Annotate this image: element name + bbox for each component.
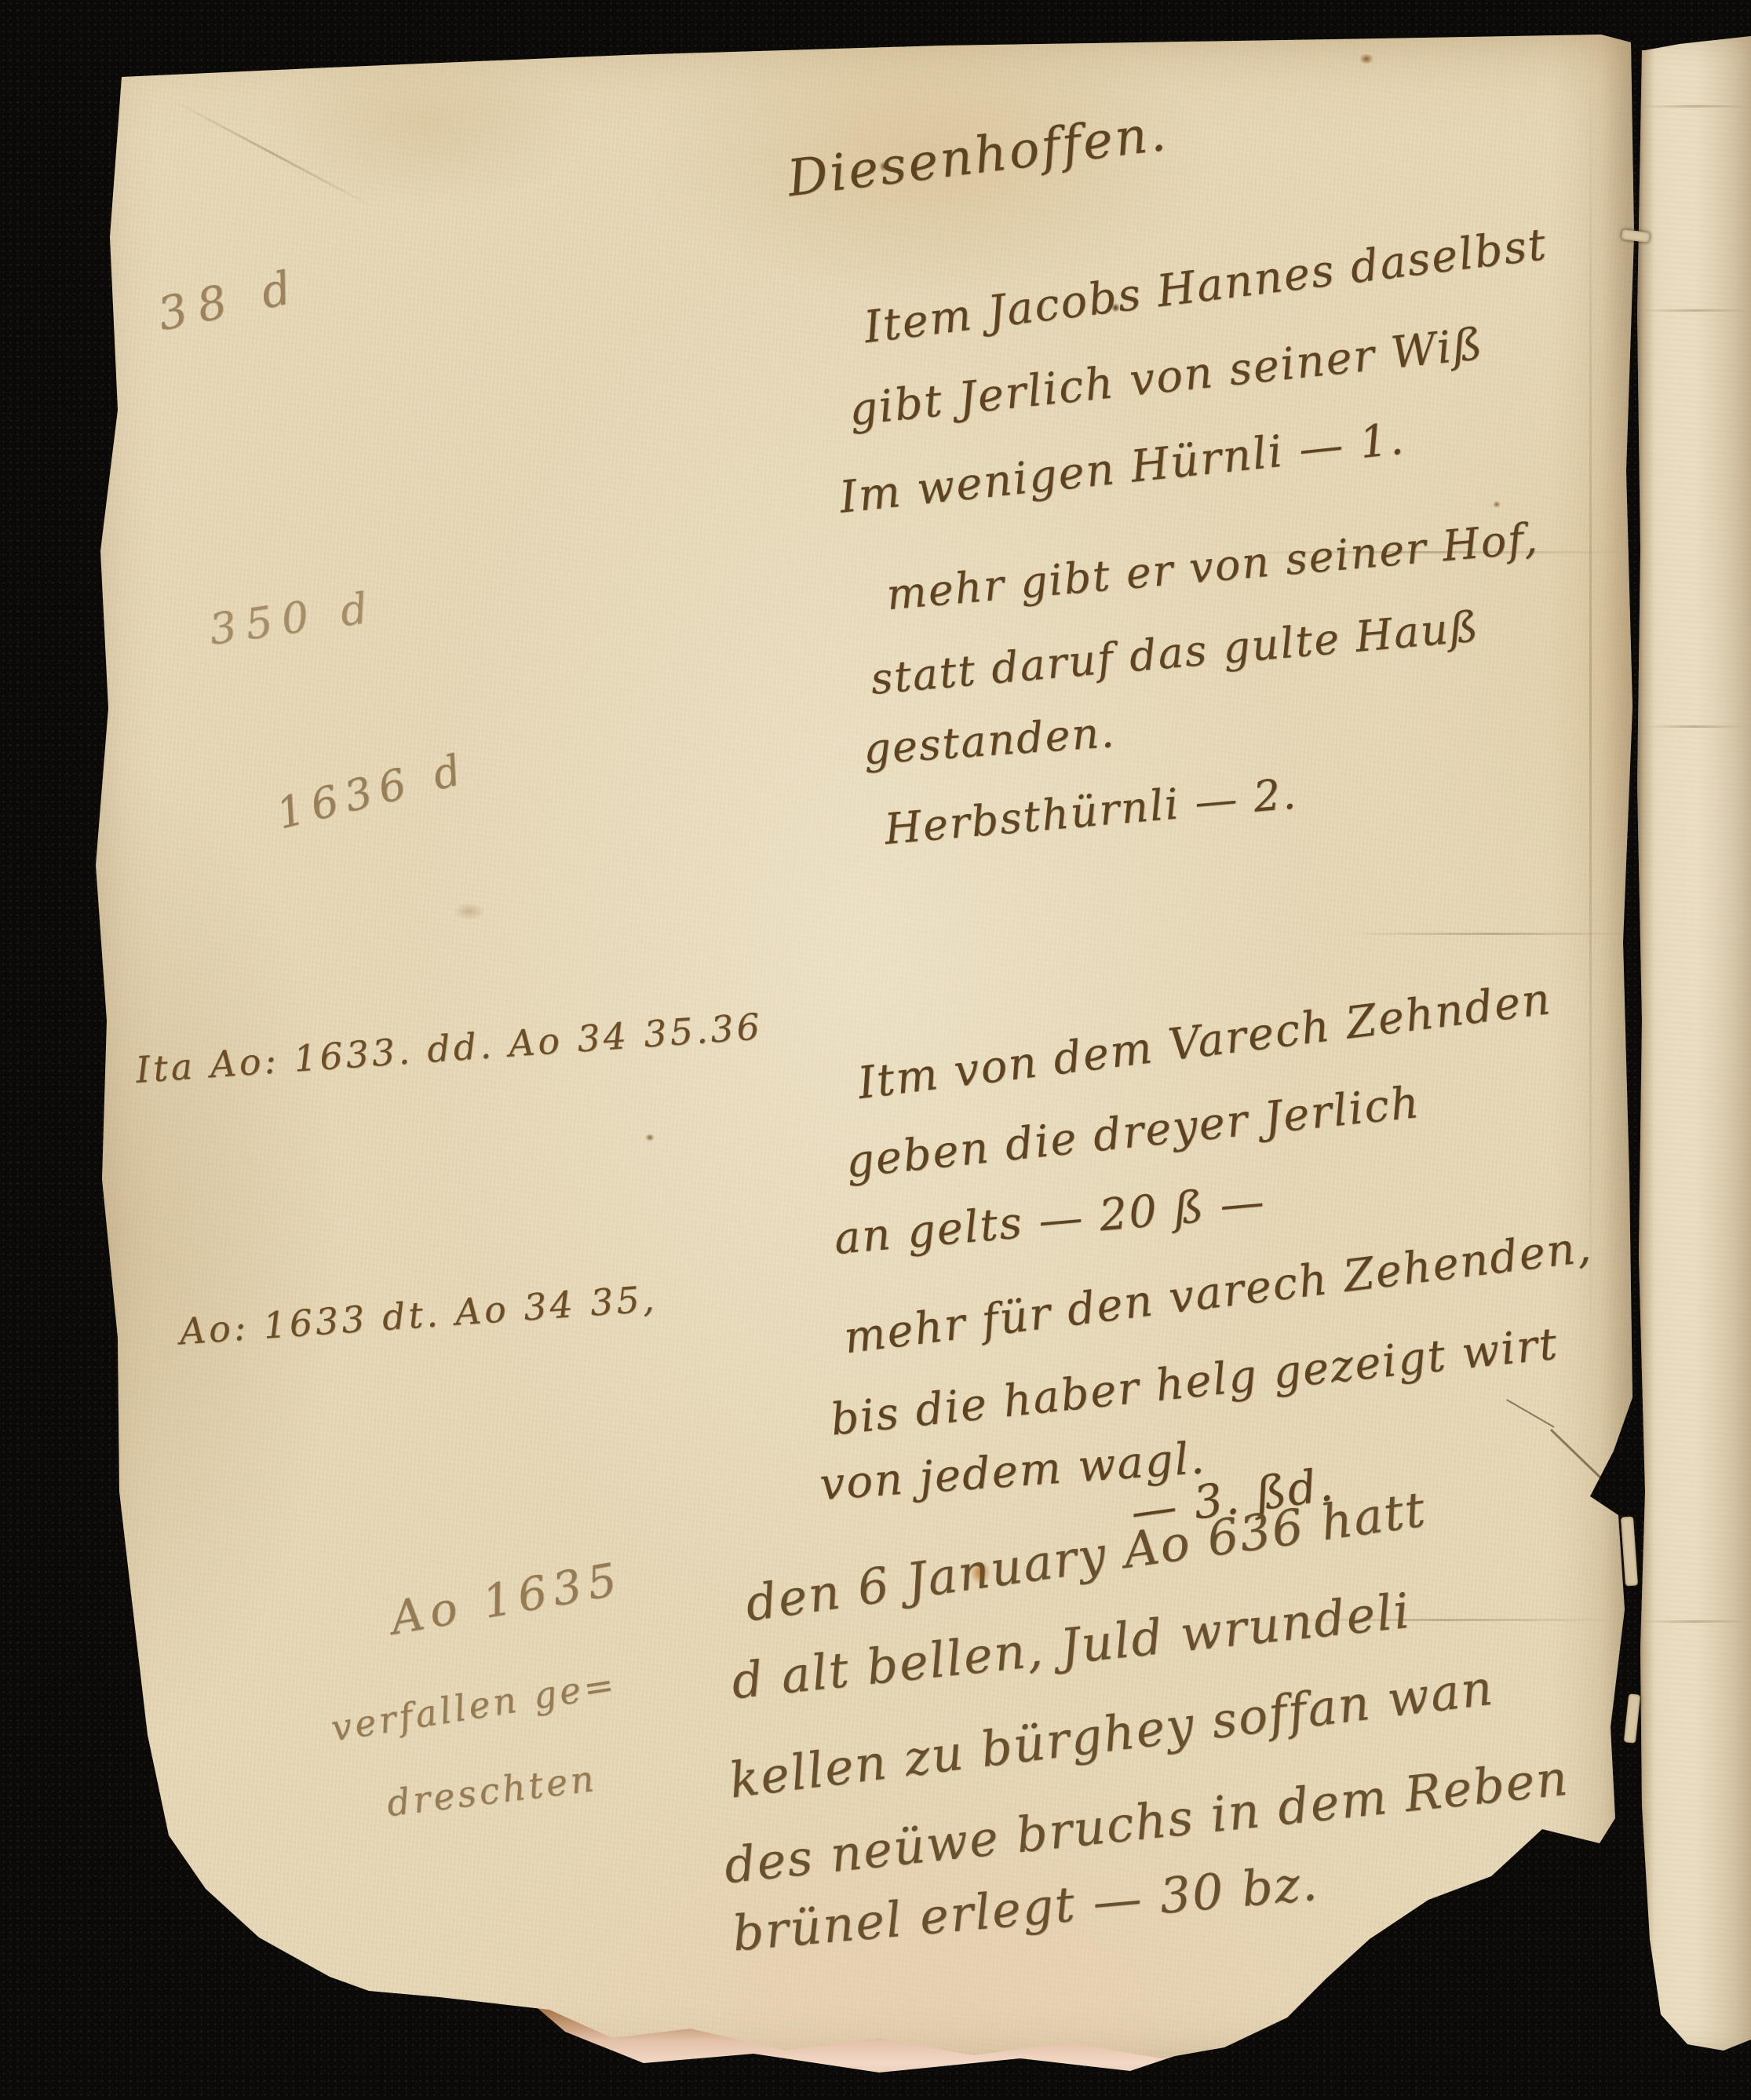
fold-crease <box>1642 309 1748 312</box>
archival-scan-canvas: Diesenhoffen. 38 d 350 d 1636 d Ita Ao: … <box>0 0 1751 2100</box>
stain <box>645 1134 655 1141</box>
paper-tear <box>1550 1429 1633 1510</box>
facing-page-edge <box>1637 35 1751 2057</box>
fold-crease <box>1589 47 1592 1382</box>
binding-stitch <box>1621 1517 1638 1587</box>
fold-crease <box>1642 105 1748 108</box>
binding-stitch <box>1624 1693 1640 1743</box>
paper-tear <box>1506 1399 1555 1428</box>
stain <box>1493 501 1501 508</box>
stain <box>454 903 485 920</box>
fold-crease <box>172 99 374 208</box>
fold-crease <box>1642 1620 1748 1623</box>
fold-crease <box>1642 725 1748 728</box>
stain <box>1359 53 1373 64</box>
